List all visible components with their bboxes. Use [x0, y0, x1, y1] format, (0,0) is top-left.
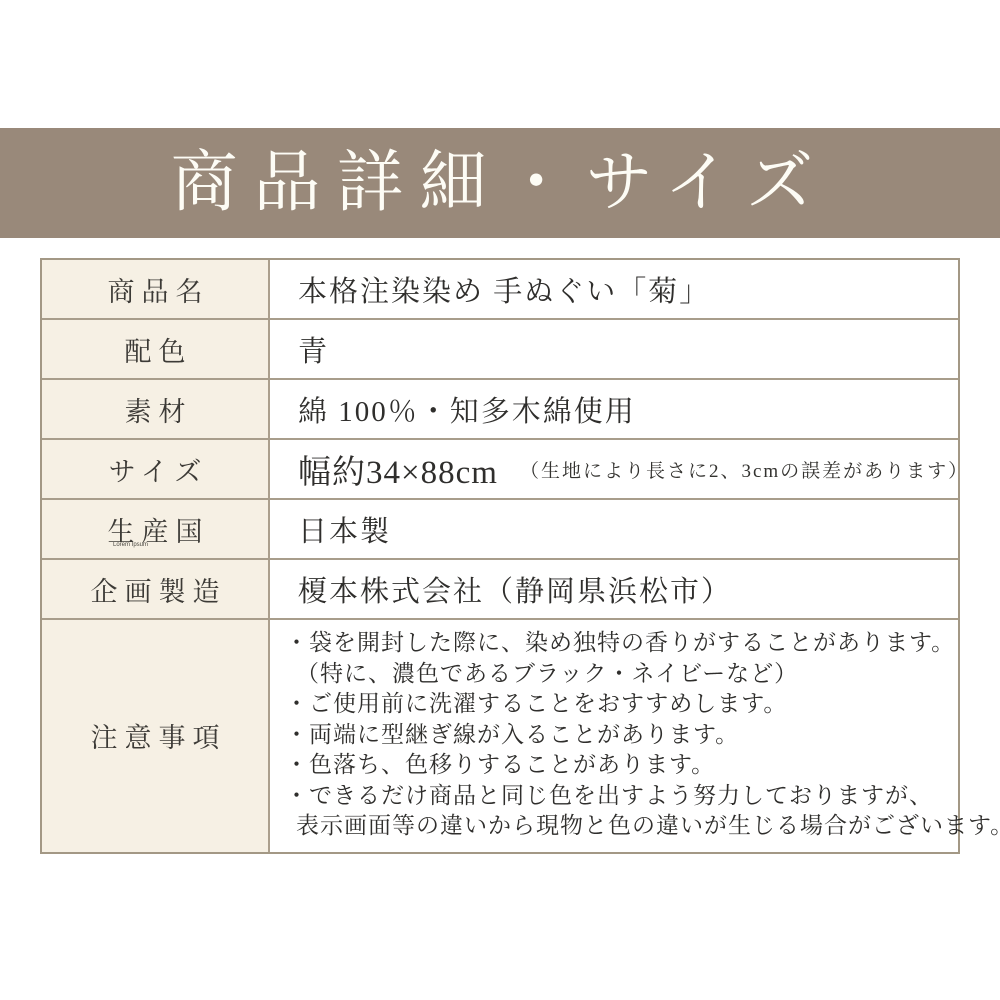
row-value: 榎本株式会社（静岡県浜松市） [270, 560, 958, 618]
table-row-country: 生産国 Lorem Ipsum 日本製 [42, 500, 958, 560]
table-row-product-name: 商品名 本格注染染め 手ぬぐい「菊」 [42, 260, 958, 320]
table-row-color: 配色 青 [42, 320, 958, 380]
row-label: 生産国 Lorem Ipsum [42, 500, 270, 558]
row-value: 日本製 [270, 500, 958, 558]
size-value: 幅約34×88cm [298, 446, 498, 493]
caution-line: ・両端に型継ぎ線が入ることがあります。 [285, 720, 1000, 751]
table-row-cautions: 注意事項 ・袋を開封した際に、染め独特の香りがすることがあります。 （特に、濃色… [42, 620, 958, 852]
row-label: 商品名 [42, 260, 270, 318]
caution-line: ・袋を開封した際に、染め独特の香りがすることがあります。 [285, 628, 1000, 659]
caution-line: ・できるだけ商品と同じ色を出すよう努力しておりますが、 [285, 781, 1000, 812]
table-row-material: 素材 綿 100％・知多木綿使用 [42, 380, 958, 440]
size-tolerance-note: （生地により長さに2、3cmの誤差があります） [520, 456, 969, 483]
product-detail-page: 商品詳細・サイズ 商品名 本格注染染め 手ぬぐい「菊」 配色 青 素材 綿 10… [0, 0, 1000, 1000]
row-label: 配色 [42, 320, 270, 378]
caution-line: ・色落ち、色移りすることがあります。 [285, 750, 1000, 781]
row-label: 注意事項 [42, 620, 270, 852]
row-value: 綿 100％・知多木綿使用 [270, 380, 958, 438]
row-value: 幅約34×88cm （生地により長さに2、3cmの誤差があります） [270, 440, 969, 498]
page-title: 商品詳細・サイズ [0, 128, 1000, 238]
table-row-size: サイズ 幅約34×88cm （生地により長さに2、3cmの誤差があります） [42, 440, 958, 500]
product-spec-table: 商品名 本格注染染め 手ぬぐい「菊」 配色 青 素材 綿 100％・知多木綿使用… [40, 258, 960, 854]
row-label: サイズ [42, 440, 270, 498]
table-row-manufacturer: 企画製造 榎本株式会社（静岡県浜松市） [42, 560, 958, 620]
caution-line: ・ご使用前に洗濯することをおすすめします。 [285, 689, 1000, 720]
fine-print-text: Lorem Ipsum [113, 542, 148, 548]
header-band: 商品詳細・サイズ [0, 128, 1000, 238]
row-label: 素材 [42, 380, 270, 438]
cautions-list: ・袋を開封した際に、染め独特の香りがすることがあります。 （特に、濃色であるブラ… [270, 620, 1000, 852]
caution-line: （特に、濃色であるブラック・ネイビーなど） [285, 659, 1000, 690]
row-label: 企画製造 [42, 560, 270, 618]
row-value: 本格注染染め 手ぬぐい「菊」 [270, 260, 958, 318]
row-value: 青 [270, 320, 958, 378]
caution-line: 表示画面等の違いから現物と色の違いが生じる場合がございます。 [285, 811, 1000, 842]
